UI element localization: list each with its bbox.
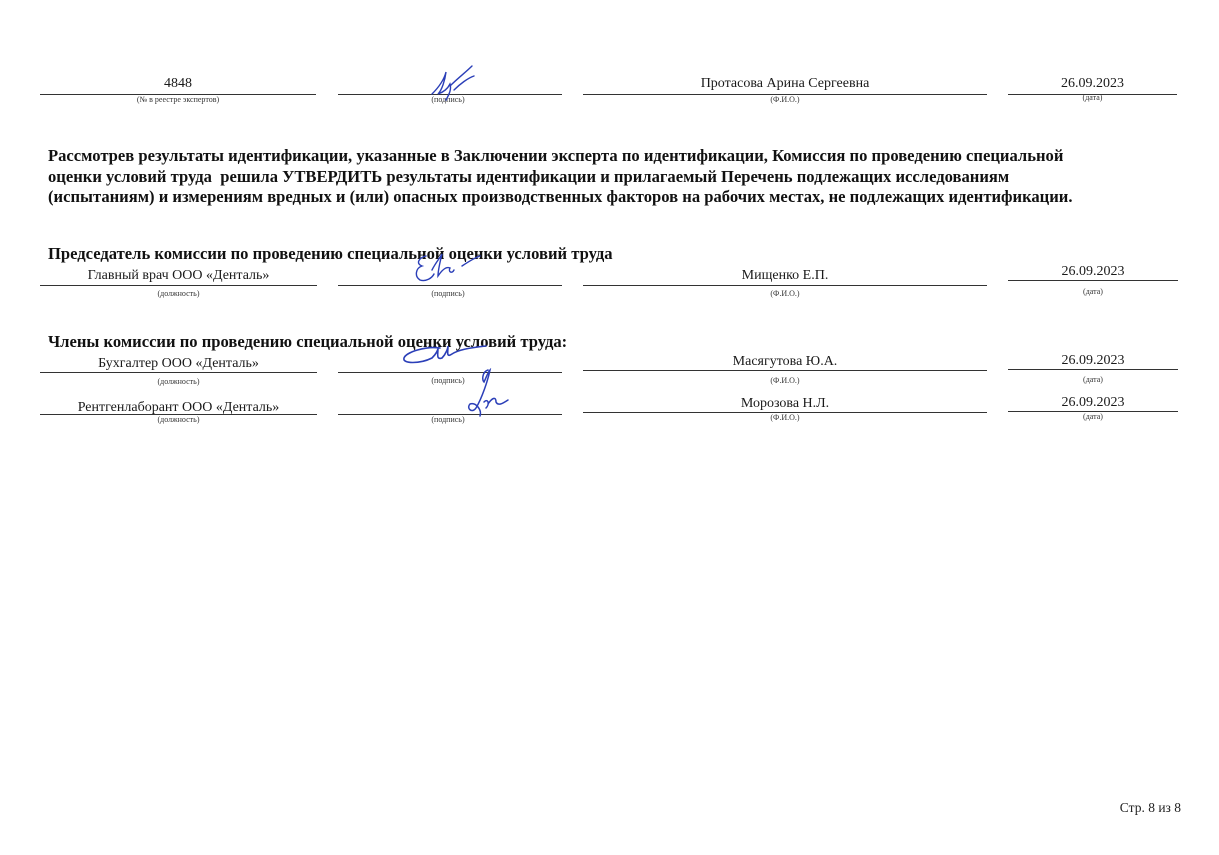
expert-name-field: Протасова Арина Сергеевна (Ф.И.О.) [583, 76, 987, 106]
chairman-name-field: Мищенко Е.П. (Ф.И.О.) [583, 268, 987, 300]
decision-line: оценки условий труда решила УТВЕРДИТЬ ре… [48, 167, 1188, 188]
member-name-line [583, 370, 987, 371]
member-date: 26.09.2023 [1008, 395, 1178, 411]
decision-line: (испытаниям) и измерениям вредных и (или… [48, 187, 1188, 208]
member-position-line [40, 372, 317, 373]
chairman-date-line [1008, 280, 1178, 281]
chairman-signature-line [338, 285, 562, 286]
member-date-field: 26.09.2023 (дата) [1008, 356, 1178, 388]
chairman-position-field: Главный врач ООО «Денталь» (должность) [40, 268, 317, 300]
member-position-field: Рентгенлаборант ООО «Денталь» (должность… [40, 400, 317, 430]
member-position-caption: (должность) [40, 415, 317, 424]
chairman-position-caption: (должность) [40, 289, 317, 298]
expert-date: 26.09.2023 [1008, 76, 1177, 92]
member-name: Масягутова Ю.А. [583, 354, 987, 370]
expert-date-field: 26.09.2023 (дата) [1008, 76, 1177, 106]
member-position-field: Бухгалтер ООО «Денталь» (должность) [40, 356, 317, 388]
expert-date-caption: (дата) [1008, 93, 1177, 102]
chairman-signature-caption: (подпись) [334, 289, 562, 298]
member-name: Морозова Н.Л. [583, 396, 987, 412]
commission-decision-paragraph: Рассмотрев результаты идентификации, ука… [48, 146, 1188, 208]
member-name-caption: (Ф.И.О.) [583, 376, 987, 385]
member-signature-caption: (подпись) [334, 415, 562, 424]
decision-line: Рассмотрев результаты идентификации, ука… [48, 146, 1188, 167]
member-position: Бухгалтер ООО «Денталь» [40, 356, 317, 372]
member-date: 26.09.2023 [1008, 353, 1178, 369]
chairman-heading: Председатель комиссии по проведению спец… [48, 244, 613, 264]
member-date-caption: (дата) [1008, 412, 1178, 421]
member-signature-field: (подпись) [338, 400, 562, 430]
chairman-name: Мищенко Е.П. [583, 268, 987, 284]
chairman-position-line [40, 285, 317, 286]
registry-number: 4848 [40, 76, 316, 92]
expert-signature-field: (подпись) [338, 76, 562, 106]
registry-number-field: 4848 (№ в реестре экспертов) [40, 76, 316, 106]
chairman-name-caption: (Ф.И.О.) [583, 289, 987, 298]
member-date-field: 26.09.2023 (дата) [1008, 400, 1178, 430]
member-signature-field: (подпись) [338, 356, 562, 388]
chairman-date: 26.09.2023 [1008, 264, 1178, 280]
chairman-position: Главный врач ООО «Денталь» [40, 268, 317, 284]
member-signature-line [338, 372, 562, 373]
member-position-caption: (должность) [40, 377, 317, 386]
member-name-field: Масягутова Ю.А. (Ф.И.О.) [583, 356, 987, 388]
chairman-date-field: 26.09.2023 (дата) [1008, 268, 1178, 300]
registry-number-caption: (№ в реестре экспертов) [40, 95, 316, 104]
page-number: Стр. 8 из 8 [1120, 800, 1181, 816]
expert-signature-caption: (подпись) [334, 95, 562, 104]
members-heading: Члены комиссии по проведению специальной… [48, 332, 567, 352]
chairman-date-caption: (дата) [1008, 287, 1178, 296]
member-name-caption: (Ф.И.О.) [583, 413, 987, 422]
expert-name-caption: (Ф.И.О.) [583, 95, 987, 104]
member-signature-caption: (подпись) [334, 376, 562, 385]
member-date-caption: (дата) [1008, 375, 1178, 384]
expert-name: Протасова Арина Сергеевна [583, 76, 987, 92]
member-date-line [1008, 369, 1178, 370]
chairman-signature-field: (подпись) [338, 268, 562, 300]
chairman-name-line [583, 285, 987, 286]
member-name-field: Морозова Н.Л. (Ф.И.О.) [583, 400, 987, 430]
